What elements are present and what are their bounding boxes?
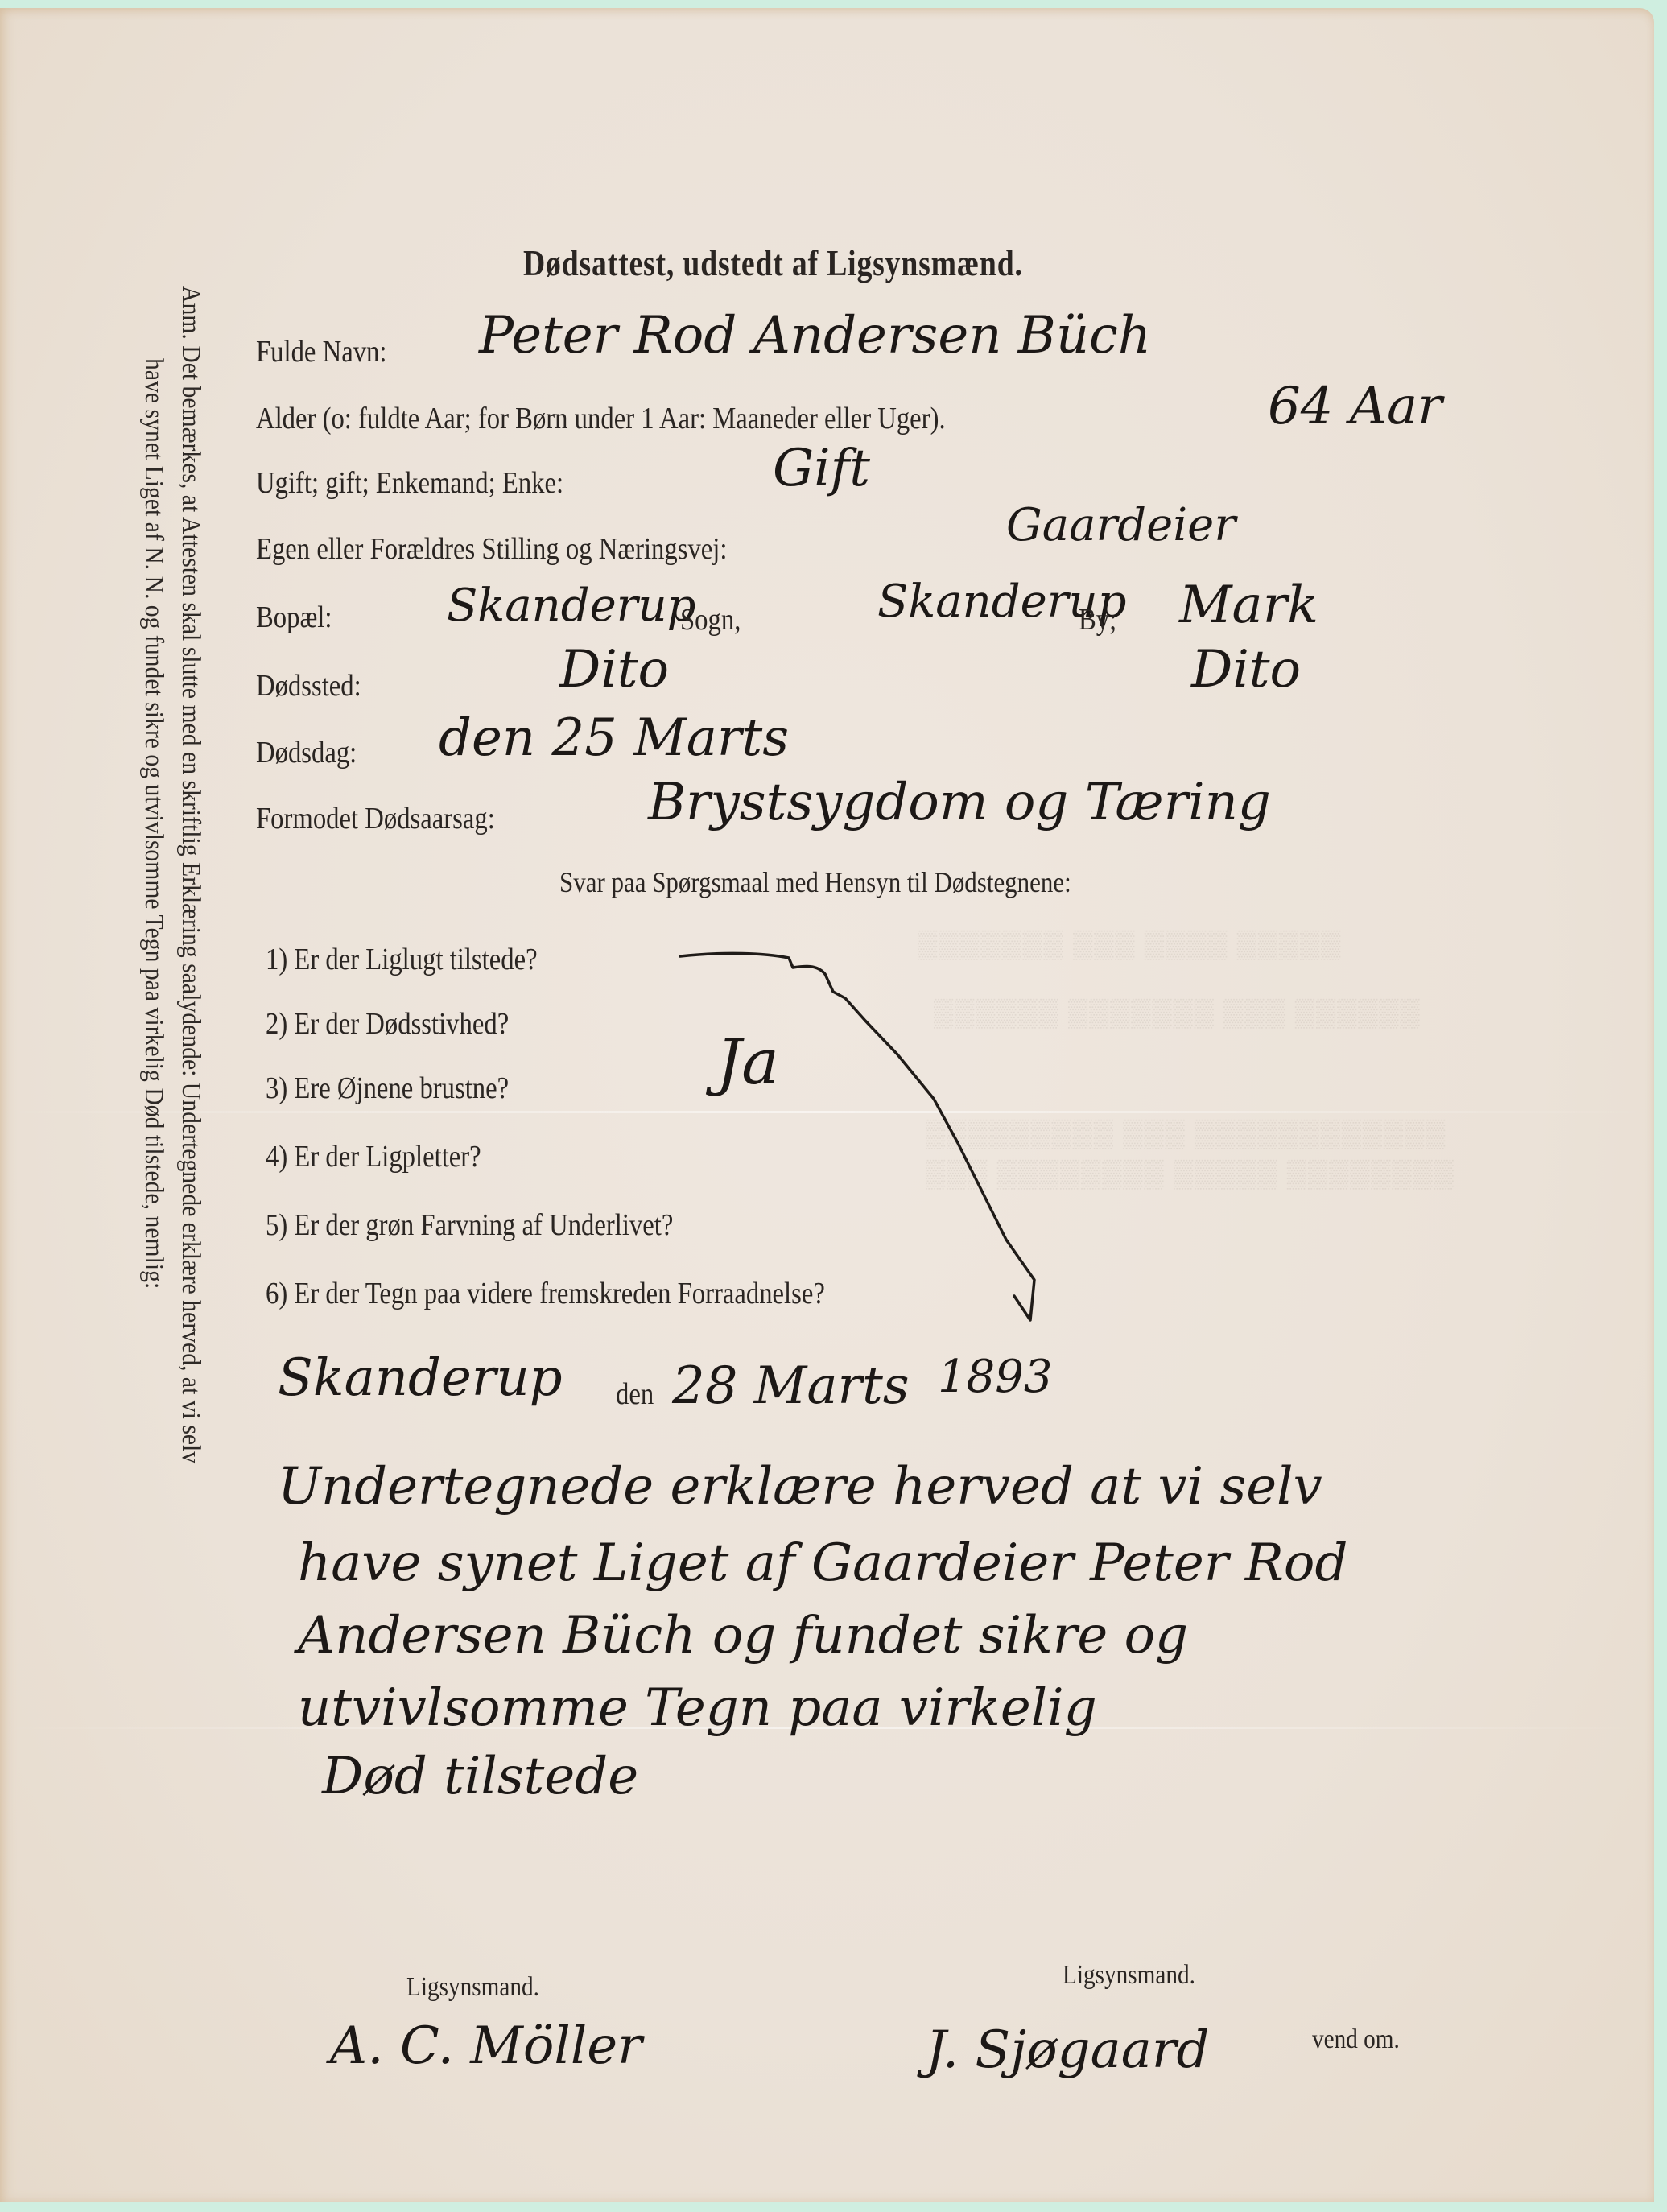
margin-note: Anm. Det bemærkes, at Attesten skal slut… bbox=[137, 286, 209, 1984]
value-place-of-death: Dito bbox=[559, 640, 669, 700]
question-2: 2) Er der Dødsstivhed? bbox=[266, 1006, 509, 1042]
declaration-line-2: have synet Liget af Gaardeier Peter Rod bbox=[298, 1533, 1347, 1593]
label-marital-status: Ugift; gift; Enkemand; Enke: bbox=[256, 465, 563, 501]
turn-over-note: vend om. bbox=[1312, 2024, 1400, 2055]
label-date-prefix: den bbox=[616, 1376, 654, 1412]
question-4: 4) Er der Ligpletter? bbox=[266, 1139, 481, 1174]
value-place-of-death-2: Dito bbox=[1191, 640, 1301, 700]
question-1: 1) Er der Liglugt tilstede? bbox=[266, 942, 538, 977]
label-age: Alder (o: fuldte Aar; for Børn under 1 A… bbox=[256, 401, 946, 436]
value-residence-parish: Skanderup bbox=[447, 580, 695, 632]
label-residence: Bopæl: bbox=[256, 600, 332, 635]
value-year: 1893 bbox=[938, 1351, 1053, 1403]
question-3: 3) Ere Øjnene brustne? bbox=[266, 1071, 509, 1106]
margin-note-line-2: have synet Liget af N. N. og fundet sikr… bbox=[135, 286, 172, 1814]
signature-label-1: Ligsynsmand. bbox=[406, 1972, 539, 2003]
signature-2: J. Sjøgaard bbox=[926, 2020, 1209, 2080]
label-full-name: Fulde Navn: bbox=[256, 334, 386, 369]
declaration-line-1: Undertegnede erklære herved at vi selv bbox=[278, 1457, 1322, 1517]
value-occupation: Gaardeier bbox=[1006, 499, 1236, 551]
signature-1: A. C. Möller bbox=[330, 2016, 642, 2076]
answer-bracket-icon bbox=[676, 942, 1127, 1328]
declaration-line-3: Andersen Büch og fundet sikre og bbox=[298, 1606, 1188, 1665]
label-town: By; bbox=[1079, 602, 1116, 638]
value-date-of-death: den 25 Marts bbox=[439, 708, 789, 768]
declaration-line-4: utvivlsomme Tegn paa virkelig bbox=[298, 1678, 1097, 1738]
value-date: 28 Marts bbox=[672, 1356, 910, 1416]
signature-label-2: Ligsynsmand. bbox=[1063, 1960, 1195, 1991]
margin-note-line-1: Anm. Det bemærkes, at Attesten skal slut… bbox=[172, 286, 209, 1814]
label-date-of-death: Dødsdag: bbox=[256, 735, 357, 770]
document-title: Dødsattest, udstedt af Ligsynsmænd. bbox=[523, 241, 1023, 284]
label-parish: Sogn, bbox=[680, 602, 741, 638]
label-cause-of-death: Formodet Dødsaarsag: bbox=[256, 801, 495, 836]
questions-heading: Svar paa Spørgsmaal med Hensyn til Dødst… bbox=[559, 865, 1071, 899]
value-full-name: Peter Rod Andersen Büch bbox=[479, 306, 1151, 365]
question-5: 5) Er der grøn Farvning af Underlivet? bbox=[266, 1207, 673, 1243]
value-marital-status: Gift bbox=[773, 439, 870, 498]
value-place: Skanderup bbox=[278, 1348, 563, 1408]
label-place-of-death: Dødssted: bbox=[256, 668, 361, 704]
answer-value: Ja bbox=[716, 1026, 779, 1099]
label-occupation: Egen eller Forældres Stilling og Nærings… bbox=[256, 531, 727, 567]
declaration-line-5: Død tilstede bbox=[322, 1747, 638, 1806]
value-cause-of-death: Brystsygdom og Tæring bbox=[648, 773, 1271, 832]
document-page: ▒▒▒▒▒▒▒ ▒▒▒ ▒▒▒▒ ▒▒▒▒▒ ▒▒▒▒▒▒ ▒▒▒▒▒▒▒ ▒▒… bbox=[0, 8, 1654, 2202]
value-residence-extra: Mark bbox=[1179, 576, 1318, 635]
value-age: 64 Aar bbox=[1268, 377, 1442, 436]
